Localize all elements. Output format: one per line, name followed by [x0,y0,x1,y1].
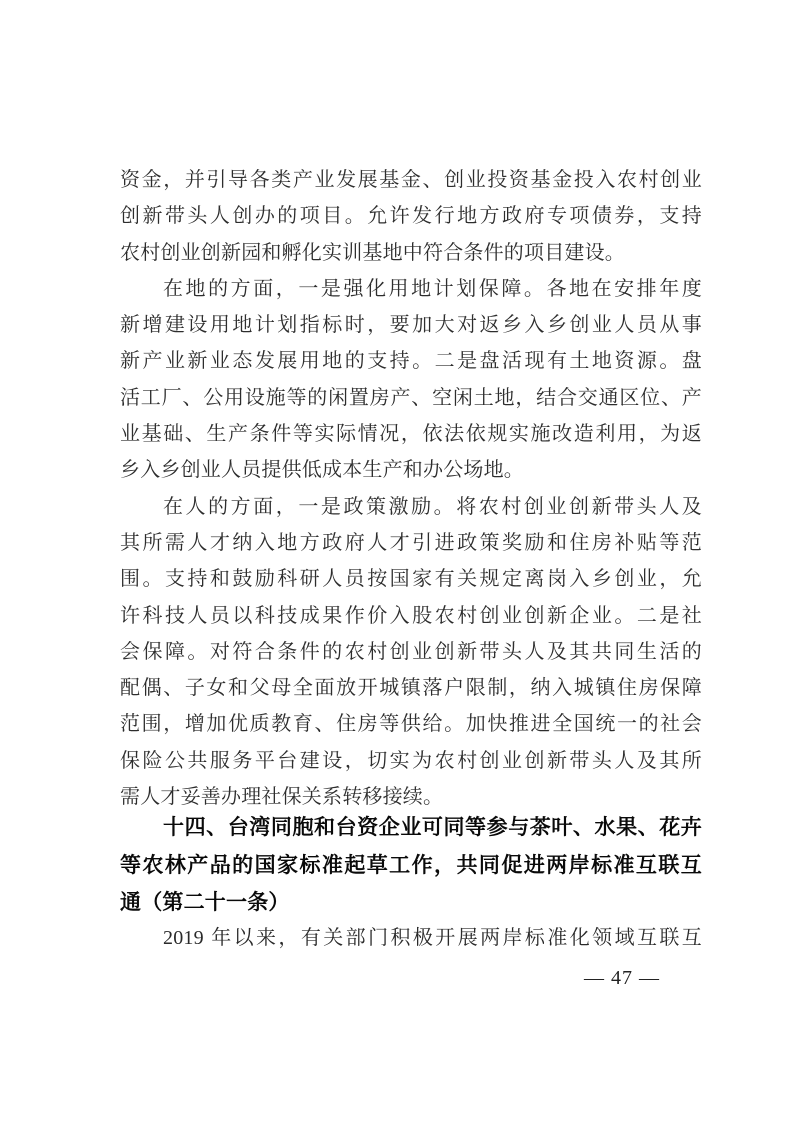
heading-line: 等农林产品的国家标准起草工作，共同促进两岸标准互联互 [120,847,702,885]
body-line: 范围，增加优质教育、住房等供给。加快推进全国统一的社会 [120,706,702,742]
body-line: 许科技人员以科技成果作价入股农村创业创新企业。二是社 [120,598,702,634]
body-line: 在人的方面，一是政策激励。将农村创业创新带头人及 [120,489,702,525]
body-line: 新增建设用地计划指标时，要加大对返乡入乡创业人员从事 [120,307,702,343]
document-page: 资金，并引导各类产业发展基金、创业投资基金投入农村创业 创新带头人创办的项目。允… [0,0,793,1122]
body-line: 乡入乡创业人员提供低成本生产和办公场地。 [120,452,702,488]
body-line: 会保障。对符合条件的农村创业创新带头人及其共同生活的 [120,634,702,670]
section-heading: 十四、台湾同胞和台资企业可同等参与茶叶、水果、花卉 等农林产品的国家标准起草工作… [120,809,702,922]
body-line: 配偶、子女和父母全面放开城镇落户限制，纳入城镇住房保障 [120,670,702,706]
body-line: 新产业新业态发展用地的支持。二是盘活现有土地资源。盘 [120,343,702,379]
body-line: 围。支持和鼓励科研人员按国家有关规定离岗入乡创业，允 [120,561,702,597]
body-line: 保险公共服务平台建设，切实为农村创业创新带头人及其所 [120,743,702,779]
body-line: 资金，并引导各类产业发展基金、创业投资基金投入农村创业 [120,162,702,198]
body-line: 其所需人才纳入地方政府人才引进政策奖励和住房补贴等范 [120,525,702,561]
body-line: 在地的方面，一是强化用地计划保障。各地在安排年度 [120,271,702,307]
page-number: — 47 — [584,966,660,990]
body-text-block: 资金，并引导各类产业发展基金、创业投资基金投入农村创业 创新带头人创办的项目。允… [120,162,702,815]
body-line: 农村创业创新园和孵化实训基地中符合条件的项目建设。 [120,235,702,271]
closing-paragraph: 2019 年以来，有关部门积极开展两岸标准化领域互联互 [120,920,702,956]
heading-line: 通（第二十一条） [120,884,702,922]
body-line: 创新带头人创办的项目。允许发行地方政府专项债券，支持 [120,198,702,234]
closing-line: 2019 年以来，有关部门积极开展两岸标准化领域互联互 [120,920,702,956]
body-line: 业基础、生产条件等实际情况，依法依规实施改造利用，为返 [120,416,702,452]
body-line: 活工厂、公用设施等的闲置房产、空闲土地，结合交通区位、产 [120,380,702,416]
heading-line: 十四、台湾同胞和台资企业可同等参与茶叶、水果、花卉 [120,809,702,847]
